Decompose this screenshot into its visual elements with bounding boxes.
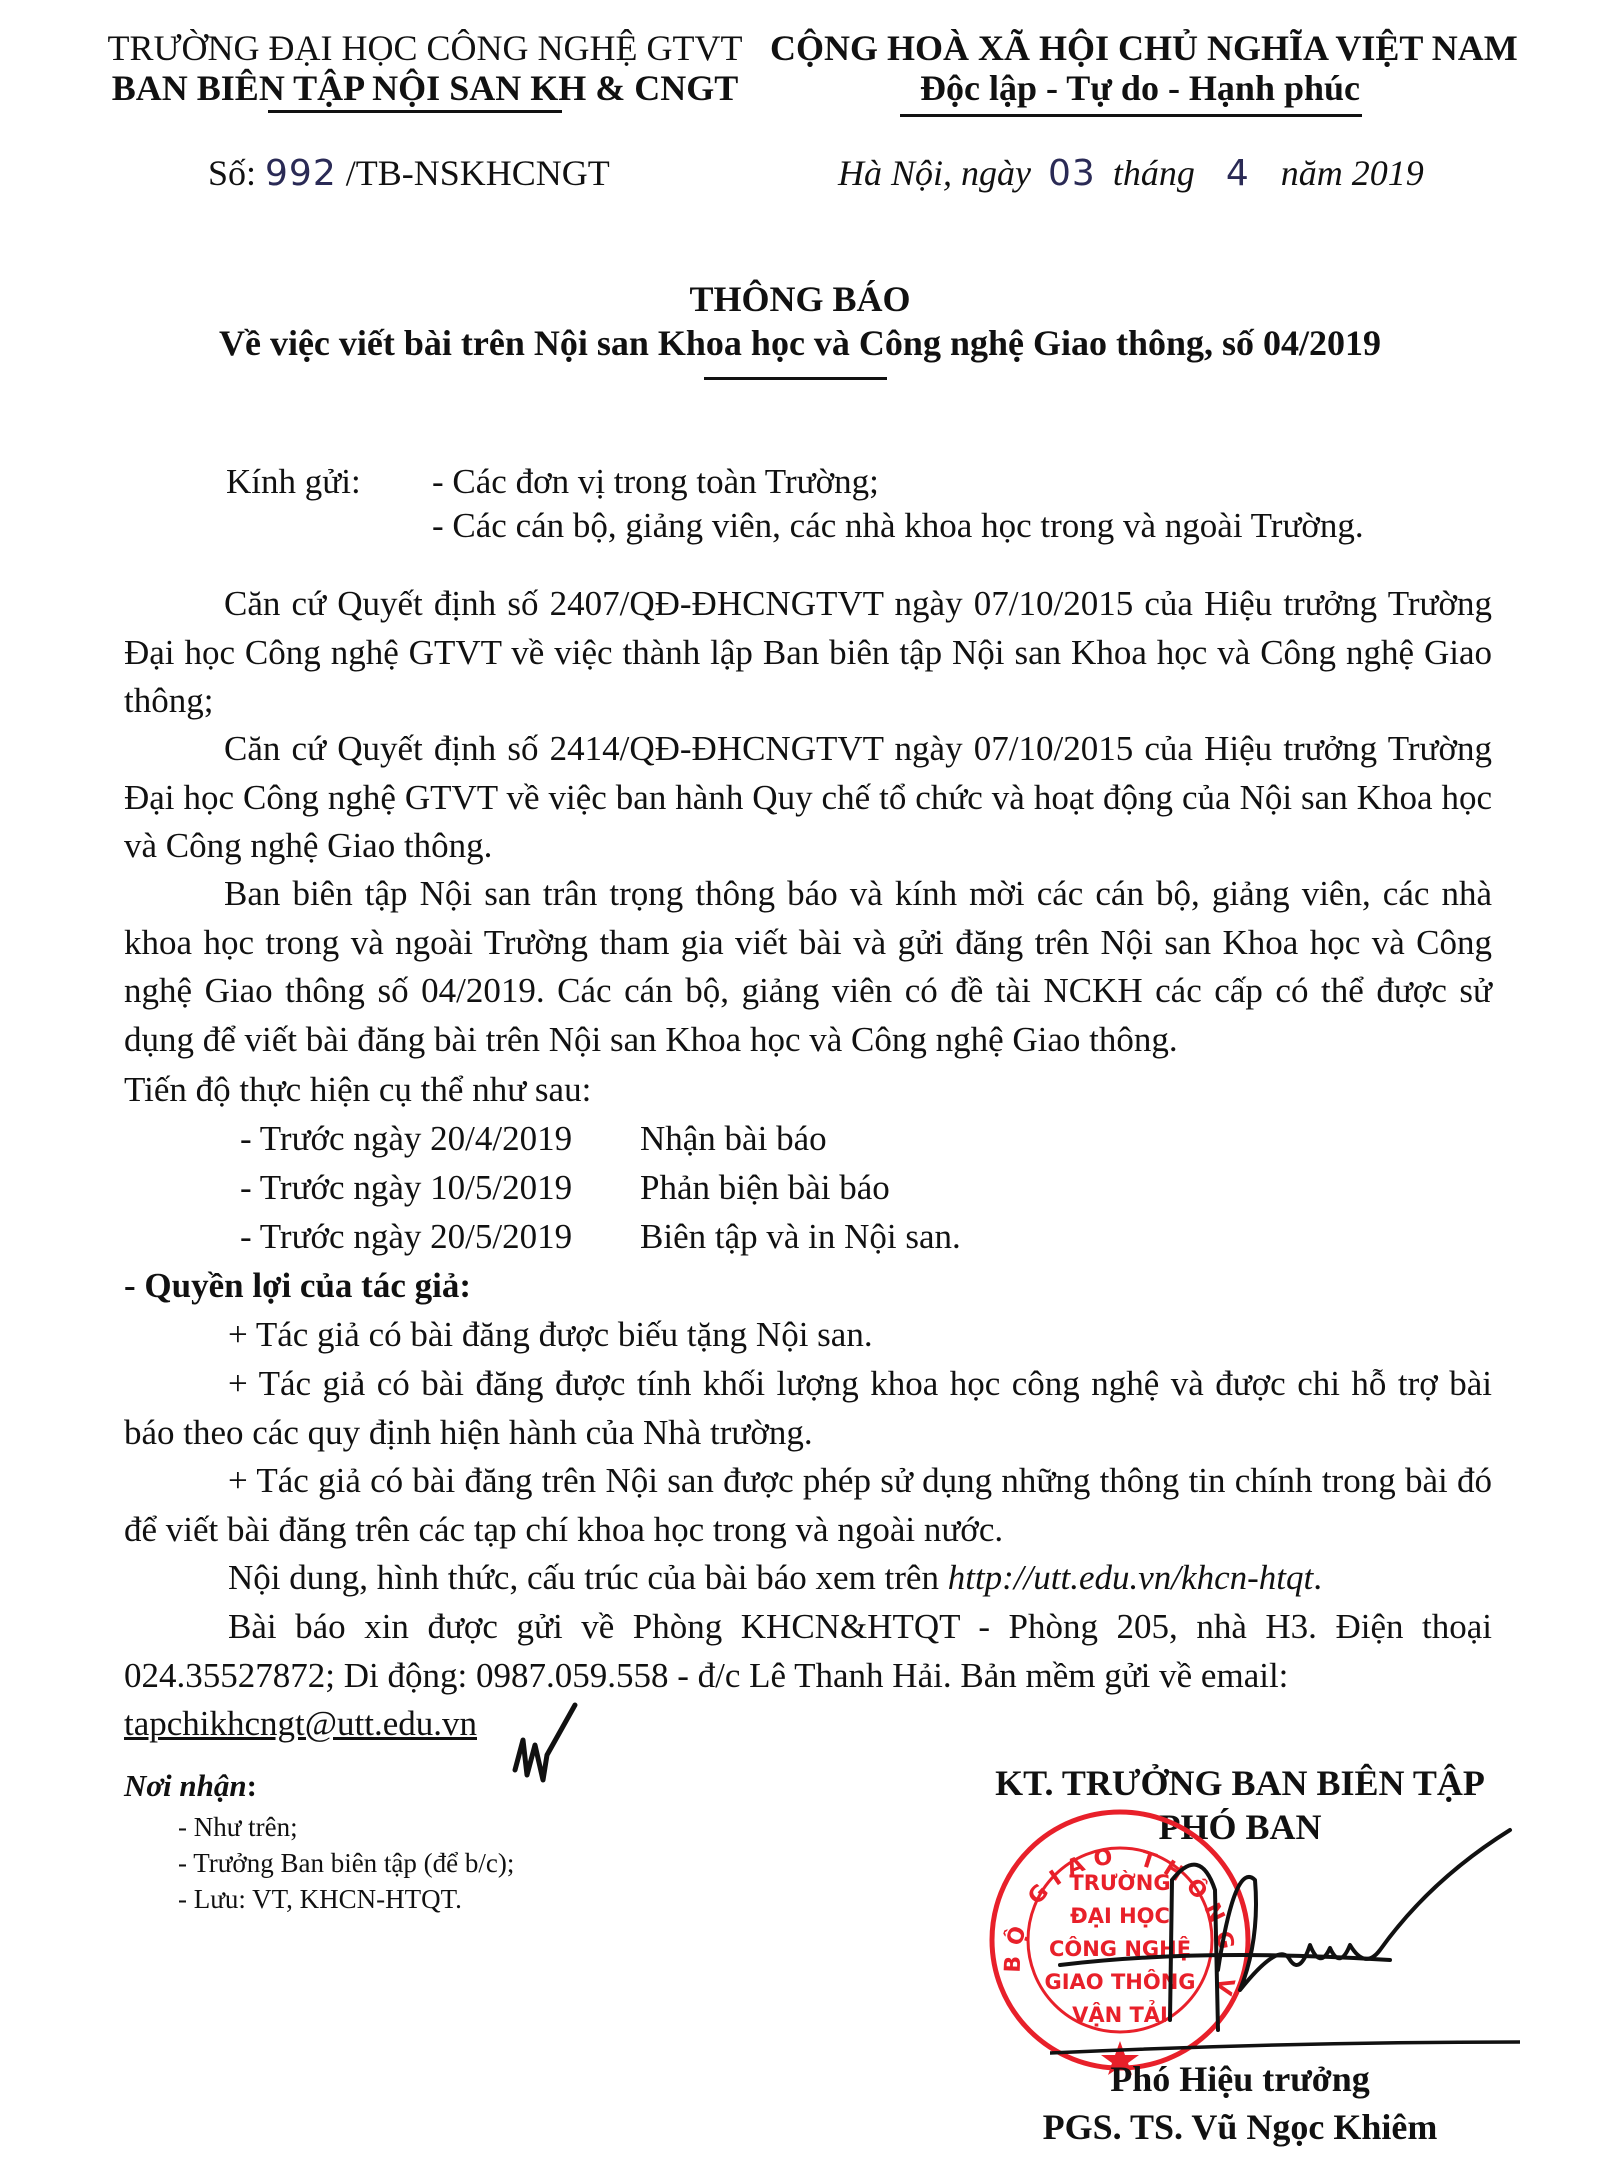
schedule-intro: Tiến độ thực hiện cụ thể như sau: — [124, 1066, 591, 1114]
distribution-item: - Lưu: VT, KHCN-HTQT. — [178, 1882, 462, 1916]
paragraph-invitation: Ban biên tập Nội san trân trọng thông bá… — [124, 870, 1492, 1064]
distribution-item: - Như trên; — [178, 1810, 298, 1844]
recipients-label: Kính gửi: — [226, 458, 361, 506]
distribution-label: Nơi nhận: — [124, 1768, 257, 1804]
paragraph-decision-1: Căn cứ Quyết định số 2407/QĐ-ĐHCNGTVT ng… — [124, 580, 1492, 726]
handwritten-month: 4 — [1226, 153, 1250, 194]
guidelines-link[interactable]: http://utt.edu.vn/khcn-htqt — [948, 1558, 1313, 1597]
org-department: BAN BIÊN TẬP NỘI SAN KH & CNGT — [105, 68, 745, 108]
notice-title: THÔNG BÁO — [0, 278, 1600, 320]
nation-header: CỘNG HOÀ XÃ HỘI CHỦ NGHĨA VIỆT NAM Độc l… — [770, 28, 1510, 108]
org-header: TRƯỜNG ĐẠI HỌC CÔNG NGHỆ GTVT BAN BIÊN T… — [105, 28, 745, 108]
recipient-item: - Các cán bộ, giảng viên, các nhà khoa h… — [432, 502, 1364, 550]
notice-subtitle: Về việc viết bài trên Nội san Khoa học v… — [0, 322, 1600, 364]
org-name: TRƯỜNG ĐẠI HỌC CÔNG NGHỆ GTVT — [105, 28, 745, 68]
nation-motto: Độc lập - Tự do - Hạnh phúc — [770, 68, 1510, 108]
signature-authority: KT. TRƯỞNG BAN BIÊN TẬP — [940, 1762, 1540, 1804]
nation-name: CỘNG HOÀ XÃ HỘI CHỦ NGHĨA VIỆT NAM — [770, 28, 1510, 68]
schedule-task: Nhận bài báo — [640, 1115, 827, 1163]
benefit-item: + Tác giả có bài đăng trên Nội san được … — [124, 1457, 1492, 1554]
benefit-item: + Tác giả có bài đăng được tính khối lượ… — [124, 1360, 1492, 1457]
schedule-task: Phản biện bài báo — [640, 1164, 890, 1212]
contact-paragraph: Bài báo xin được gửi về Phòng KHCN&HTQT … — [124, 1603, 1492, 1700]
distribution-item: - Trưởng Ban biên tập (để b/c); — [178, 1846, 514, 1880]
motto-underline — [900, 114, 1362, 117]
handwritten-number: 992 — [265, 153, 337, 194]
org-underline — [268, 110, 562, 113]
signer-name: PGS. TS. Vũ Ngọc Khiêm — [940, 2106, 1540, 2148]
initials-mark — [505, 1700, 595, 1800]
signer-position: Phó Hiệu trưởng — [940, 2058, 1540, 2100]
paragraph-decision-2: Căn cứ Quyết định số 2414/QĐ-ĐHCNGTVT ng… — [124, 725, 1492, 871]
benefits-heading: - Quyền lợi của tác giả: — [124, 1262, 471, 1310]
schedule-deadline: - Trước ngày 10/5/2019 — [240, 1164, 572, 1212]
schedule-task: Biên tập và in Nội san. — [640, 1213, 961, 1261]
contact-email-link[interactable]: tapchikhcngt@utt.edu.vn — [124, 1700, 477, 1748]
format-note: Nội dung, hình thức, cấu trúc của bài bá… — [228, 1554, 1322, 1602]
title-underline — [704, 377, 887, 380]
document-number: Số: 992 /TB-NSKHCNGT — [208, 152, 610, 194]
recipient-item: - Các đơn vị trong toàn Trường; — [432, 458, 879, 506]
document-date: Hà Nội, ngày 03 tháng 4 năm 2019 — [838, 152, 1424, 194]
schedule-deadline: - Trước ngày 20/5/2019 — [240, 1213, 572, 1261]
handwritten-signature — [1050, 1820, 1520, 2070]
handwritten-day: 03 — [1048, 153, 1096, 194]
schedule-deadline: - Trước ngày 20/4/2019 — [240, 1115, 572, 1163]
benefit-item: + Tác giả có bài đăng được biếu tặng Nội… — [228, 1311, 873, 1359]
